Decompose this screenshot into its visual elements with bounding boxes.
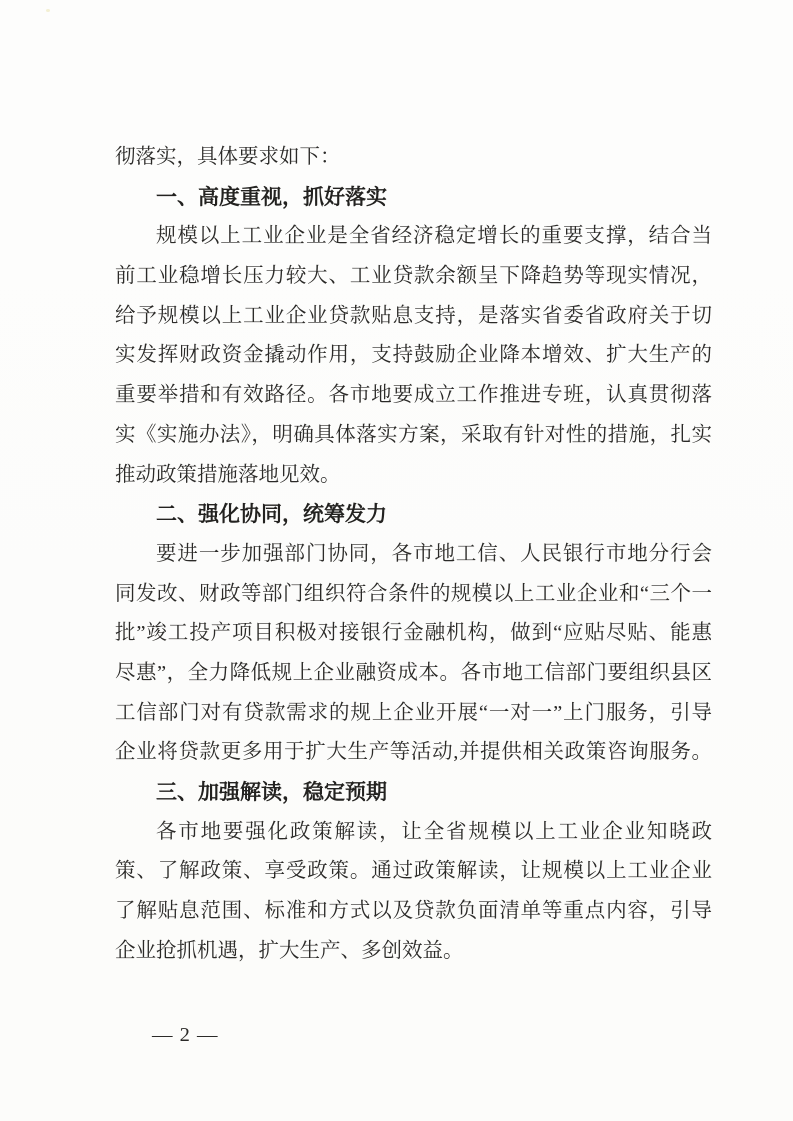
paragraph-line: 推动政策措施落地见效。 [115, 456, 712, 496]
paragraph-line: 各市地要强化政策解读，让全省规模以上工业企业知晓政 [115, 813, 712, 853]
paragraph-line: 重要举措和有效路径。各市地要成立工作推进专班，认真贯彻落 [115, 376, 712, 416]
paragraph-line: 批”竣工投产项目积极对接银行金融机构，做到“应贴尽贴、能惠 [115, 614, 712, 654]
page-number: — 2 — [152, 1022, 219, 1048]
paragraph-line: 同发改、财政等部门组织符合条件的规模以上工业企业和“三个一 [115, 575, 712, 615]
paragraph-line: 企业将贷款更多用于扩大生产等活动,并提供相关政策咨询服务。 [115, 733, 712, 773]
paragraph-line: 了解贴息范围、标准和方式以及贷款负面清单等重点内容，引导 [115, 892, 712, 932]
document-page: 彻落实，具体要求如下： 一、高度重视，抓好落实 规模以上工业企业是全省经济稳定增… [0, 0, 793, 1121]
document-body: 彻落实，具体要求如下： 一、高度重视，抓好落实 规模以上工业企业是全省经济稳定增… [115, 138, 712, 971]
paragraph-line: 前工业稳增长压力较大、工业贷款余额呈下降趋势等现实情况， [115, 257, 712, 297]
paragraph-line: 给予规模以上工业企业贷款贴息支持，是落实省委省政府关于切 [115, 297, 712, 337]
continuation-line: 彻落实，具体要求如下： [115, 138, 712, 178]
scan-speck [46, 9, 50, 12]
section-1-heading: 一、高度重视，抓好落实 [115, 178, 712, 218]
paragraph-line: 要进一步加强部门协同，各市地工信、人民银行市地分行会 [115, 535, 712, 575]
paragraph-line: 企业抢抓机遇，扩大生产、多创效益。 [115, 932, 712, 972]
paragraph-line: 规模以上工业企业是全省经济稳定增长的重要支撑，结合当 [115, 217, 712, 257]
paragraph-line: 工信部门对有贷款需求的规上企业开展“一对一”上门服务，引导 [115, 694, 712, 734]
paragraph-line: 实发挥财政资金撬动作用，支持鼓励企业降本增效、扩大生产的 [115, 336, 712, 376]
section-2-heading: 二、强化协同，统筹发力 [115, 495, 712, 535]
section-3-heading: 三、加强解读，稳定预期 [115, 773, 712, 813]
paragraph-line: 尽惠”，全力降低规上企业融资成本。各市地工信部门要组织县区 [115, 654, 712, 694]
paragraph-line: 实《实施办法》，明确具体落实方案，采取有针对性的措施，扎实 [115, 416, 712, 456]
paragraph-line: 策、了解政策、享受政策。通过政策解读，让规模以上工业企业 [115, 852, 712, 892]
